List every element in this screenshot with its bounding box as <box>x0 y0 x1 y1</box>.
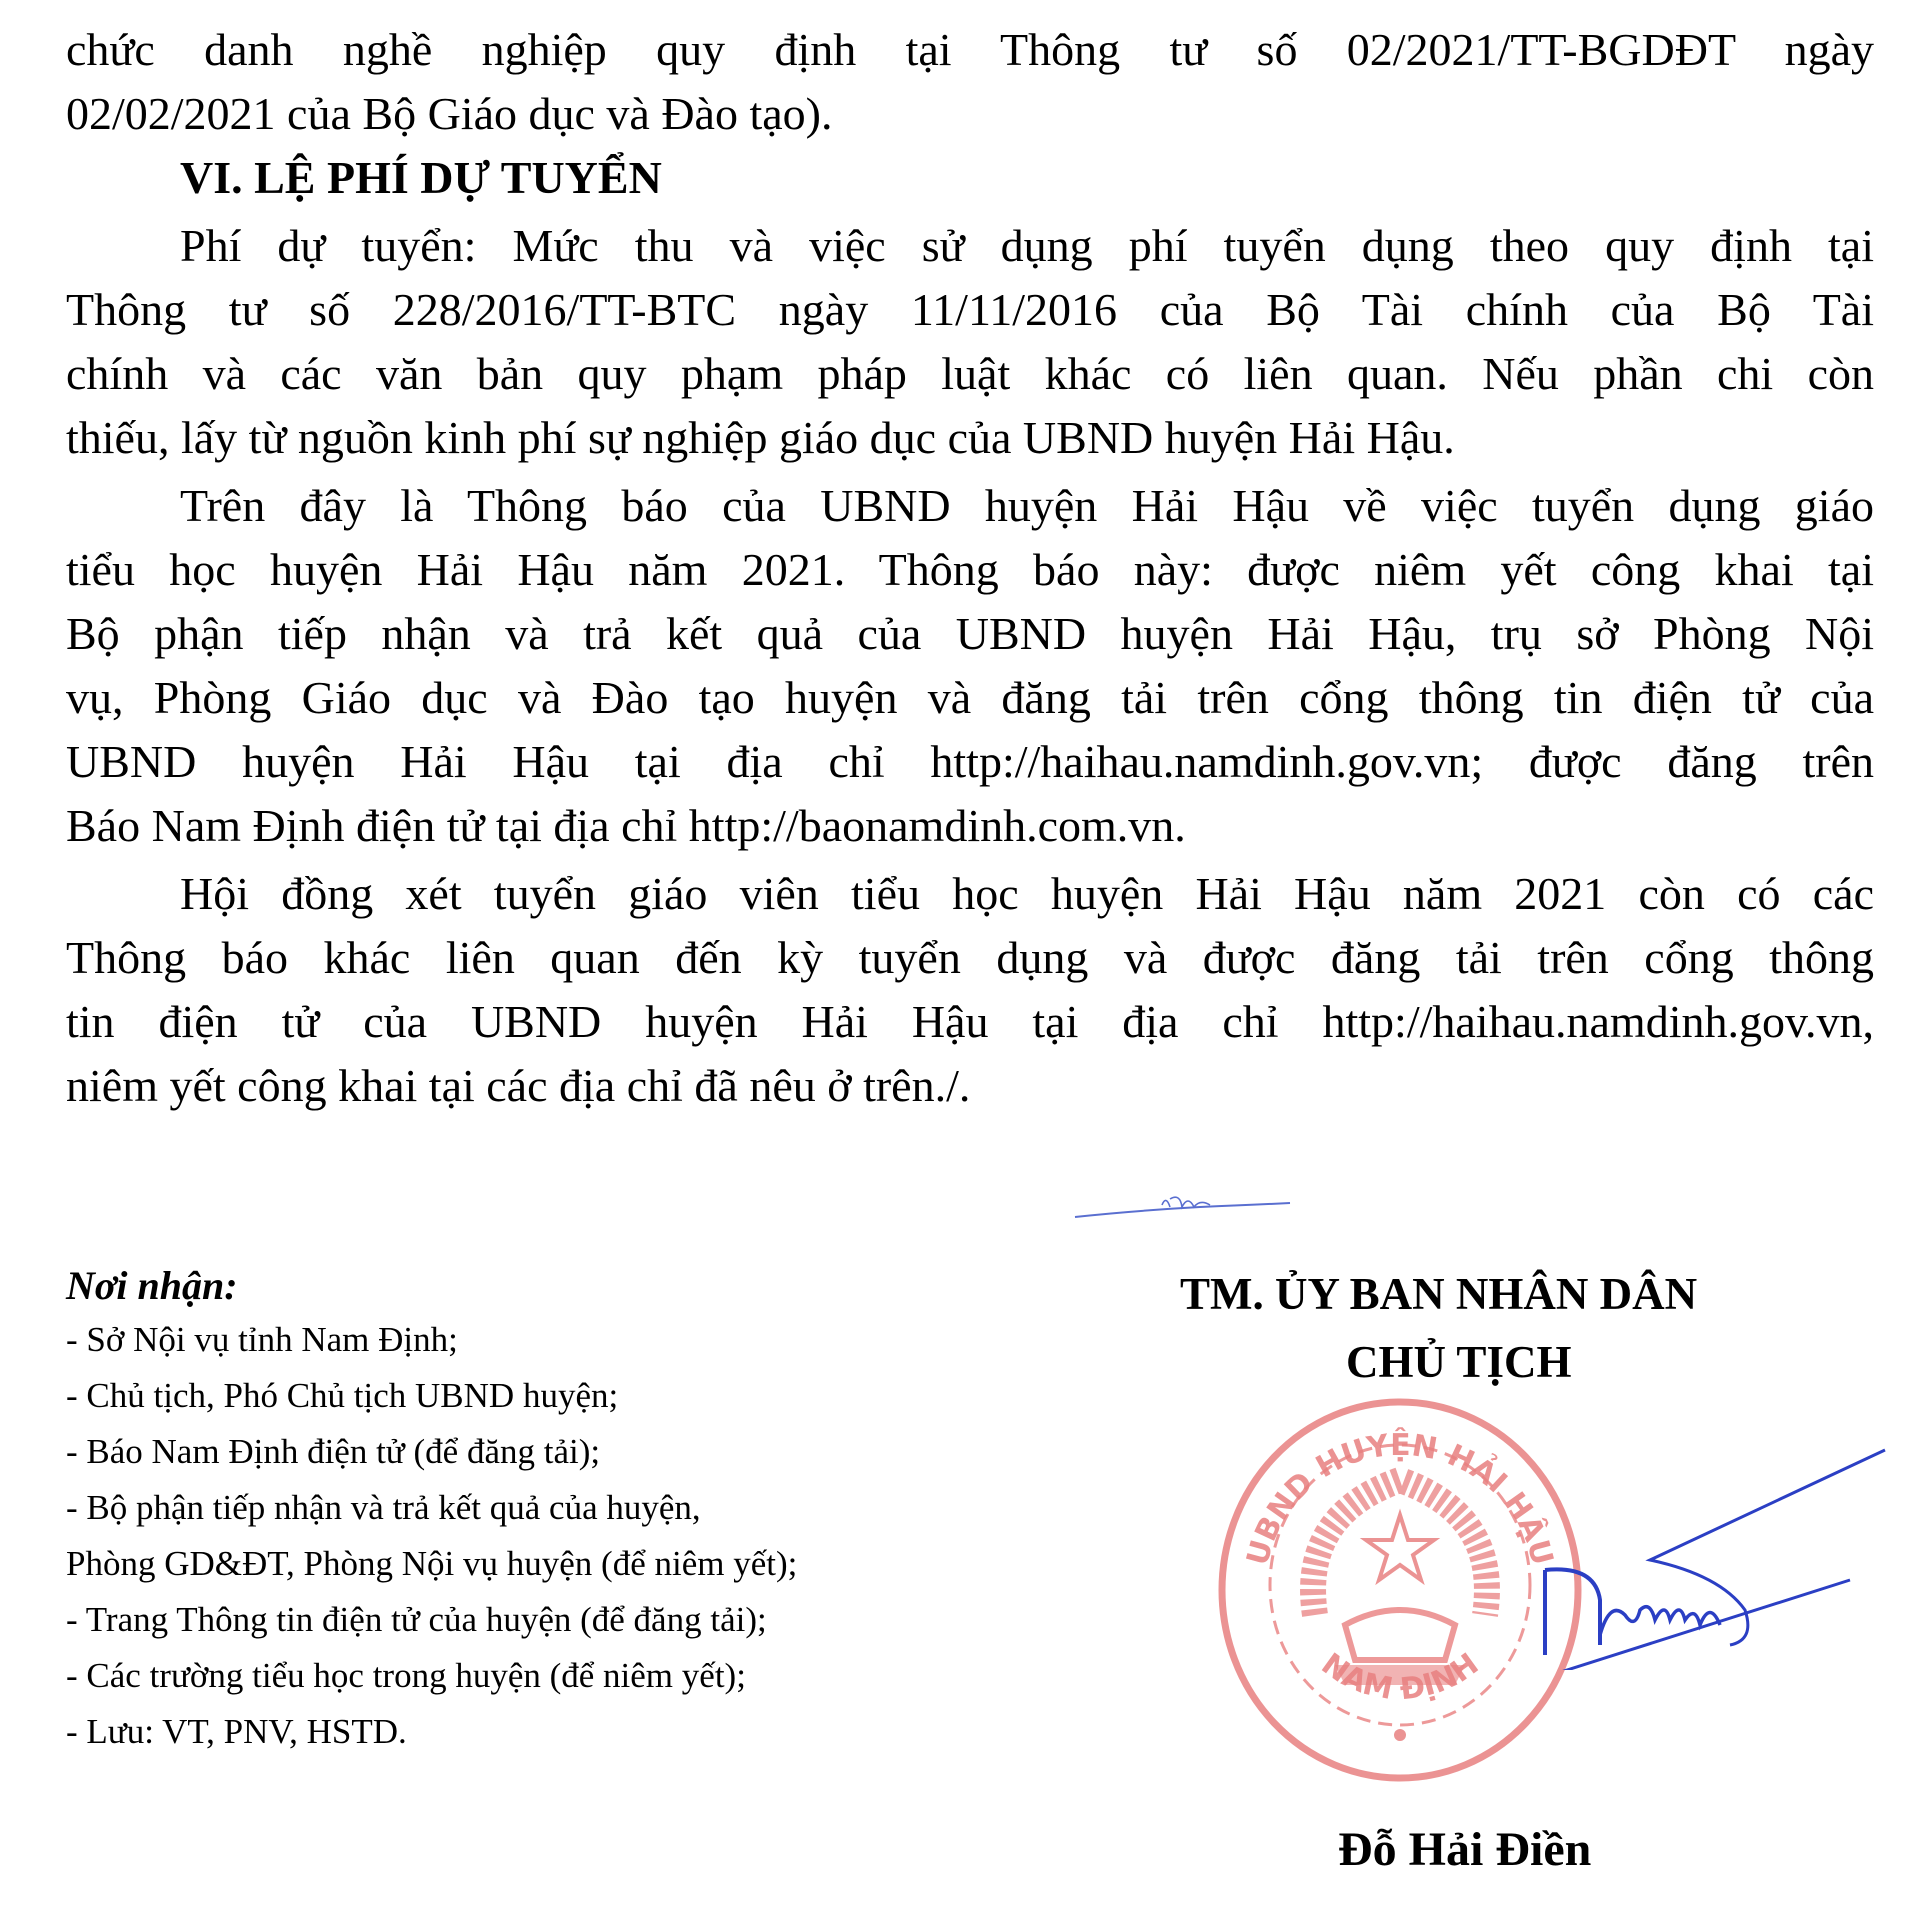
recipients-title: Nơi nhận: <box>66 1262 238 1309</box>
signature-title-line2: CHỦ TỊCH <box>1346 1336 1571 1388</box>
body-line: Thông báo khác liên quan đến kỳ tuyển dụ… <box>66 930 1874 986</box>
body-line: Trên đây là Thông báo của UBND huyện Hải… <box>180 478 1874 534</box>
signature-title-line1: TM. ỦY BAN NHÂN DÂN <box>1180 1268 1697 1320</box>
recipient-item: - Báo Nam Định điện tử (để đăng tải); <box>66 1430 600 1474</box>
recipient-item: - Chủ tịch, Phó Chủ tịch UBND huyện; <box>66 1374 618 1418</box>
body-line: 02/02/2021 của Bộ Giáo dục và Đào tạo). <box>66 86 1874 142</box>
section-heading: VI. LỆ PHÍ DỰ TUYỂN <box>180 150 1920 206</box>
body-line: niêm yết công khai tại các địa chỉ đã nê… <box>66 1058 1874 1114</box>
recipient-item: - Bộ phận tiếp nhận và trả kết quả của h… <box>66 1486 701 1530</box>
recipient-item: - Sở Nội vụ tỉnh Nam Định; <box>66 1318 458 1362</box>
recipient-item: - Các trường tiểu học trong huyện (để ni… <box>66 1654 746 1698</box>
body-line: tin điện tử của UBND huyện Hải Hậu tại đ… <box>66 994 1874 1050</box>
body-line: Thông tư số 228/2016/TT-BTC ngày 11/11/2… <box>66 282 1874 338</box>
body-line: tiểu học huyện Hải Hậu năm 2021. Thông b… <box>66 542 1874 598</box>
body-line: chức danh nghề nghiệp quy định tại Thông… <box>66 22 1874 78</box>
recipient-item: - Lưu: VT, PNV, HSTD. <box>66 1710 407 1754</box>
handwritten-signature <box>1500 1440 1900 1670</box>
signer-name: Đỗ Hải Điền <box>1338 1822 1591 1877</box>
recipient-item: - Trang Thông tin điện tử của huyện (để … <box>66 1598 767 1642</box>
body-line: UBND huyện Hải Hậu tại địa chỉ http://ha… <box>66 734 1874 790</box>
body-line: chính và các văn bản quy phạm pháp luật … <box>66 346 1874 402</box>
body-line: Bộ phận tiếp nhận và trả kết quả của UBN… <box>66 606 1874 662</box>
recipient-item: Phòng GD&ĐT, Phòng Nội vụ huyện (để niêm… <box>66 1542 797 1586</box>
body-line: thiếu, lấy từ nguồn kinh phí sự nghiệp g… <box>66 410 1874 466</box>
body-line: Báo Nam Định điện tử tại địa chỉ http://… <box>66 798 1874 854</box>
body-line: Hội đồng xét tuyển giáo viên tiểu học hu… <box>180 866 1874 922</box>
body-line: Phí dự tuyển: Mức thu và việc sử dụng ph… <box>180 218 1874 274</box>
body-line: vụ, Phòng Giáo dục và Đào tạo huyện và đ… <box>66 670 1874 726</box>
initials-mark <box>1070 1185 1300 1225</box>
